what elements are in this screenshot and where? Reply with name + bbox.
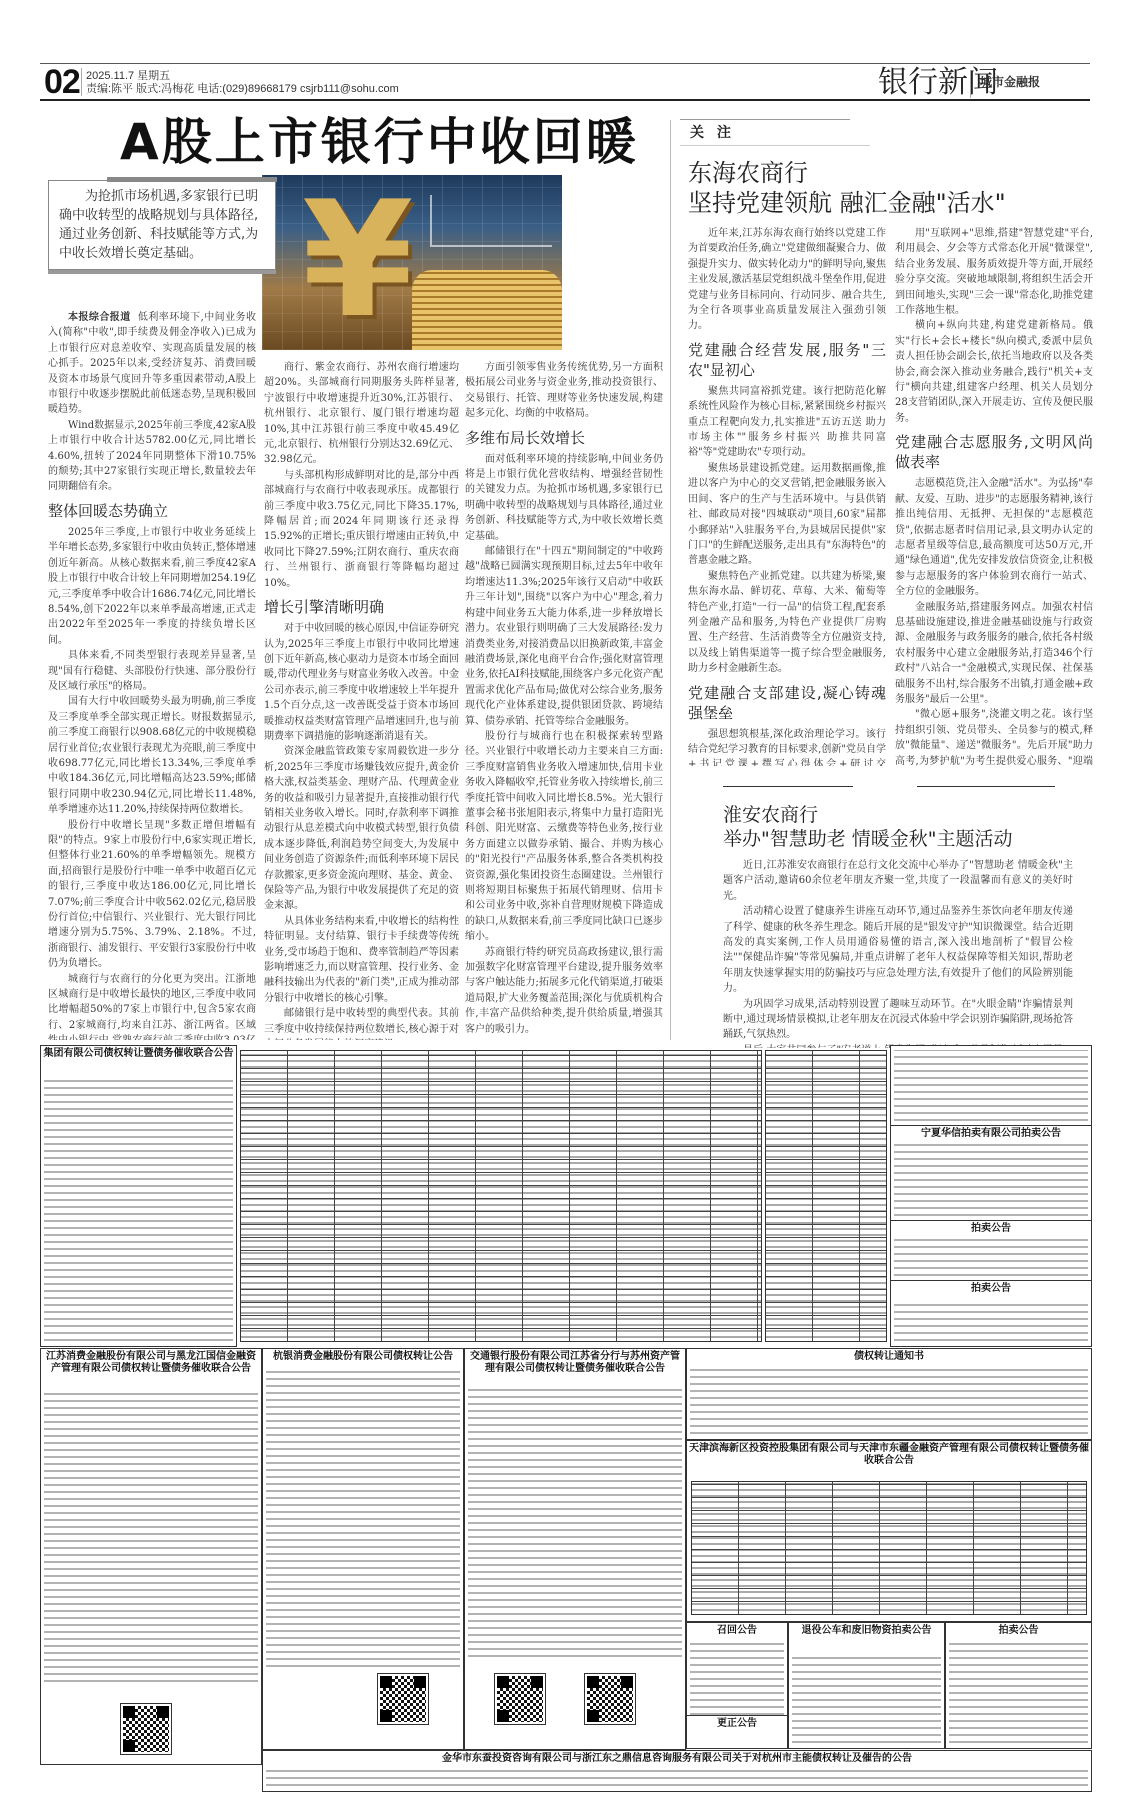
notice-hangyin-consumer-finance: 杭银消费金融股份有限公司债权转让公告 (262, 1348, 464, 1750)
notice-tianjin-binhai: 天津滨海新区投资控股集团有限公司与天津市东疆金融资产管理有限公司债权转让暨债务催… (686, 1440, 1092, 1622)
lead-article-title: A股上市银行中收回暖 (120, 112, 639, 172)
notice-box-a (890, 1045, 1092, 1127)
tag-rule-bottom (680, 145, 870, 146)
qr-code-icon (585, 1674, 635, 1724)
notice-asset-table-2 (765, 1050, 887, 1342)
article-title-line1: 淮安农商行 (723, 803, 818, 827)
pull-quote: 为抢抓市场机遇,多家银行已明确中收转型的战略规划与具体路径,通过业务创新、科技赋… (48, 180, 276, 270)
notice-auction-1: 拍卖公告 (890, 1220, 1092, 1282)
header-meta: 2025.11.7 星期五 责编:陈平 版式:冯梅花 电话:(029)89668… (86, 70, 399, 96)
notice-jiangsu-consumer-finance: 江苏消费金融股份有限公司与黑龙江国信金融资产管理有限公司债权转让暨债务催收联合公… (40, 1348, 262, 1765)
lead-column-1: 本报综合报道 低利率环境下,中间业务收入(简称"中收",即手续费及佣金净收入)已… (48, 310, 256, 1040)
notice-auction-3: 拍卖公告 (945, 1622, 1092, 1749)
header-top-rule (40, 63, 1090, 64)
yuan-symbol-icon: ¥ (302, 175, 413, 345)
paper-name: 城市金融报 (980, 75, 1040, 89)
byline: 本报综合报道 (68, 312, 131, 323)
notice-debt-notification: 债权转让通知书 (686, 1348, 1092, 1440)
editor-info: 责编:陈平 版式:冯梅花 电话:(029)89668179 csjrb111@s… (86, 83, 399, 96)
subheading: 整体回暖态势确立 (48, 501, 256, 521)
section-tag: 关 注 (690, 125, 735, 141)
notice-auction-2: 拍卖公告 (890, 1280, 1092, 1347)
article-rule-left (723, 786, 853, 787)
column-divider (670, 120, 671, 1040)
header-divider (81, 68, 82, 96)
article-title-line2: 坚持党建领航 融汇金融"活水" (688, 188, 1006, 218)
notice-asset-table (240, 1050, 762, 1342)
subheading: 多维布局长效增长 (465, 428, 663, 448)
lead-column-3: 方面引领零售业务传统优势,另一方面积极拓展公司业务与资金业务,推动投资银行、交易… (465, 360, 663, 1040)
yuan-coins-image: ¥ (262, 175, 562, 350)
notice-debt-transfer-1: 集团有限公司债权转让暨债务催收联合公告 (40, 1045, 237, 1347)
east-sea-column-1: 近年来,江苏东海农商行始终以党建工作为首要政治任务,确立"党建做细凝聚合力、做强… (688, 226, 886, 766)
header-divider-right (970, 70, 971, 98)
coin-stack-icon (412, 270, 562, 350)
qr-code-icon (378, 1674, 428, 1724)
pull-quote-bar (107, 177, 277, 182)
notice-jinhua-transfer: 金华市东蚕投资咨询有限公司与浙江东之鼎信息咨询服务有限公司关于对杭州市主能债权转… (262, 1750, 1092, 1792)
article-title-line2: 举办"智慧助老 情暖金秋"主题活动 (723, 827, 1013, 851)
subheading: 党建融合志愿服务,文明风尚做表率 (895, 432, 1093, 472)
notice-ningxia-auction: 宁夏华信拍卖有限公司拍卖公告 (890, 1125, 1092, 1222)
article-title-line1: 东海农商行 (688, 158, 808, 188)
tag-rule-top (680, 119, 850, 120)
huaian-article-body: 近日,江苏淮安农商银行在总行文化交流中心举办了"智慧助老 情暖金秋"主题客户活动… (723, 858, 1073, 1048)
chart-graphic-icon (430, 195, 552, 247)
notice-vehicle-auction: 退役公车和废旧物资拍卖公告 (788, 1622, 945, 1749)
notice-bocom-jiangsu: 交通银行股份有限公司江苏省分行与苏州资产管理有限公司债权转让暨债务催收联合公告 (464, 1348, 686, 1750)
subheading: 党建融合经营发展,服务"三农"显初心 (688, 340, 886, 380)
qr-code-icon (495, 1674, 545, 1724)
east-sea-column-2: 用"互联网+"思维,搭建"智慧党建"平台,利用晨会、夕会等方式常态化开展"微课堂… (895, 226, 1093, 766)
page-number: 02 (44, 64, 80, 100)
article-rule-right (917, 786, 1055, 787)
issue-date: 2025.11.7 星期五 (86, 70, 399, 83)
notice-correction: 更正公告 (686, 1715, 788, 1749)
header-bottom-rule (40, 99, 1090, 101)
subheading: 增长引擎清晰明确 (264, 597, 459, 617)
lead-column-2: 商行、紫金农商行、苏州农商行增速均超20%。头部城商行同期服务头阵样显著,宁波银… (264, 360, 459, 1040)
subheading: 党建融合支部建设,凝心铸魂强堡垒 (688, 683, 886, 723)
qr-code-icon (121, 1704, 171, 1754)
